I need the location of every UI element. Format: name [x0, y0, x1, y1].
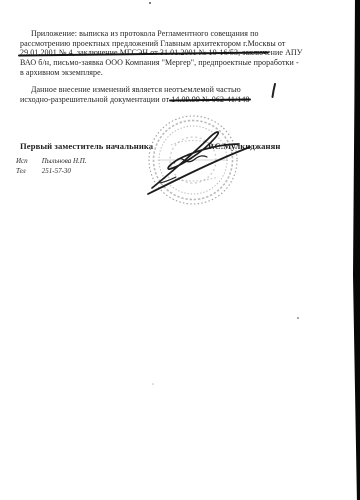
phone-line: Тел 251-57-30 — [16, 167, 71, 175]
attachment-paragraph: Приложение: выписка из протокола Регламе… — [20, 29, 320, 78]
text-segment: ение АПУ — [267, 48, 303, 57]
executor-label: Исп — [16, 157, 40, 165]
text-segment: Приложение: выписка из протокола Регламе… — [31, 29, 259, 38]
phone-label: Тел — [16, 167, 40, 175]
pen-tick-mark — [267, 83, 279, 99]
stamp-icon — [138, 103, 262, 213]
text-segment: в архивном экземпляре. — [20, 68, 103, 77]
phone-number: 251-57-30 — [42, 167, 71, 175]
signature-stroke — [148, 132, 250, 194]
executor-name: Пыльнова Н.П. — [42, 157, 87, 165]
executor-line: Исп Пыльнова Н.П. — [16, 157, 87, 165]
text-line: 29.01.2001 № 4, заключение МГСЭН от 31.0… — [20, 48, 320, 58]
document-page: Приложение: выписка из протокола Регламе… — [0, 0, 360, 500]
round-stamp — [138, 103, 262, 213]
text-line: ВАО б/н, письмо-заявка ООО Компания "Мер… — [20, 58, 320, 68]
scan-speck — [297, 317, 299, 319]
scan-edge-artifact — [346, 0, 360, 500]
position-title: Первый заместитель начальника — [20, 141, 153, 151]
text-segment: рассмотрению проектных предложений Главн… — [20, 39, 285, 48]
text-line: Приложение: выписка из протокола Регламе… — [20, 29, 320, 39]
struck-text: 29.01.2001 № 4, заключение МГСЭН от 31.0… — [20, 48, 267, 57]
text-line: в архивном экземпляре. — [20, 68, 320, 78]
scan-speck — [149, 2, 151, 4]
scan-speck — [152, 383, 154, 385]
text-segment: Данное внесение изменений является неотъ… — [31, 85, 241, 94]
text-segment: ВАО б/н, письмо-заявка ООО Компания "Мер… — [20, 58, 299, 67]
text-line: рассмотрению проектных предложений Главн… — [20, 39, 320, 49]
